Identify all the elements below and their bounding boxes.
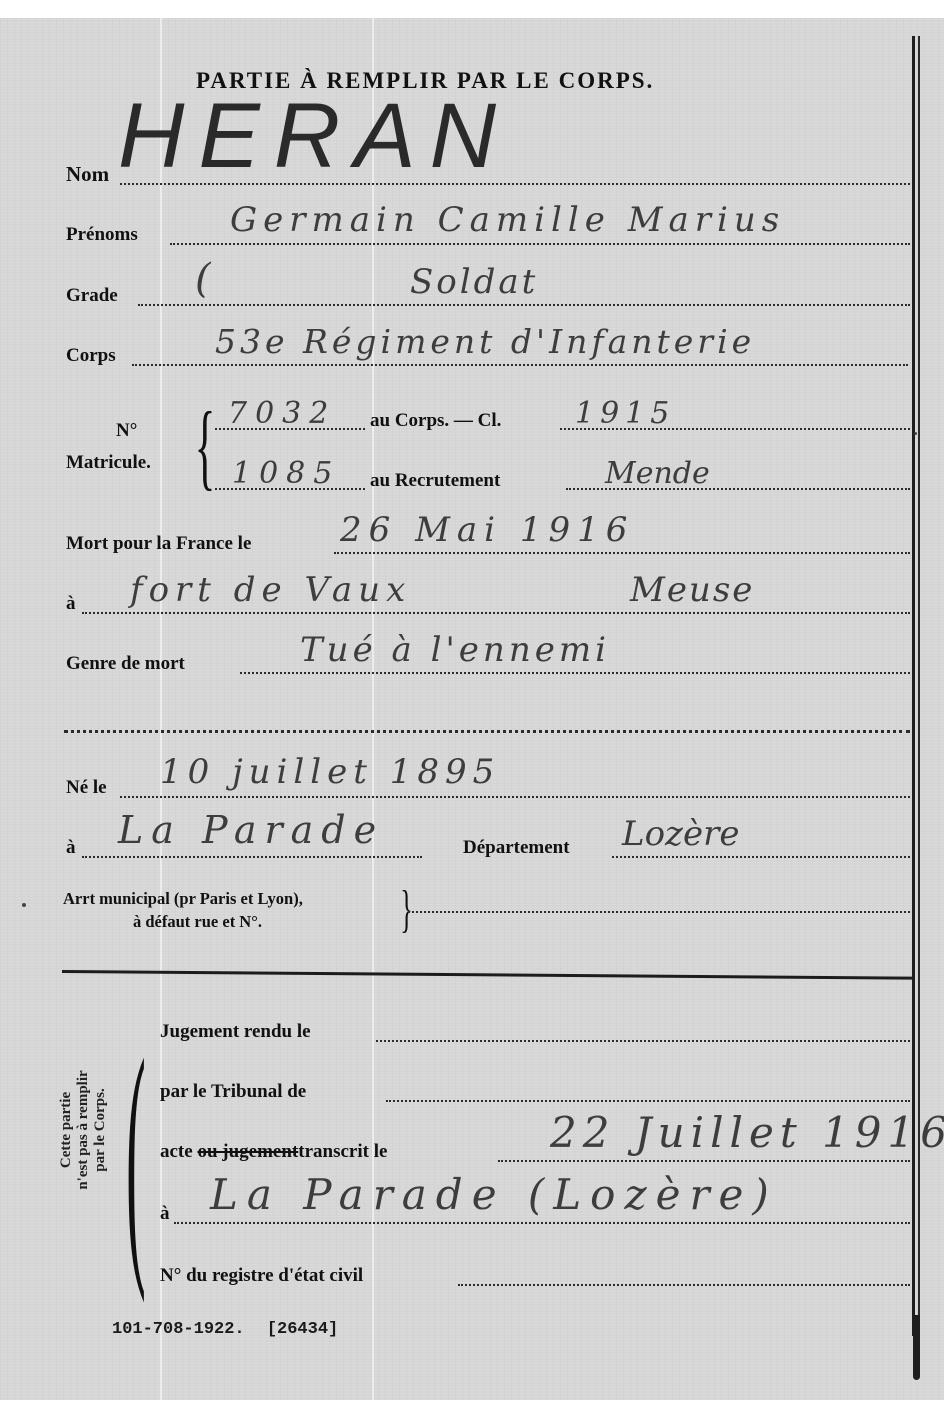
- lieu-value[interactable]: La Parade (Lozère): [210, 1170, 778, 1219]
- mort-lieu-line: [82, 612, 910, 614]
- paper-fold-line: [160, 18, 162, 1400]
- nom-value[interactable]: HERAN: [118, 88, 510, 184]
- grade-label: Grade: [66, 285, 118, 307]
- arrondissement-line: [408, 911, 910, 913]
- ne-le-line: [120, 796, 910, 798]
- genre-mort-value[interactable]: Tué à l'ennemi: [300, 630, 610, 670]
- print-code-number: 101-708-1922.: [112, 1320, 245, 1339]
- prenoms-line: [170, 243, 910, 245]
- transcrit-label-struck: ou jugement: [197, 1141, 298, 1162]
- recrutement-value[interactable]: Mende: [605, 456, 710, 491]
- matricule-label-no: N°: [116, 420, 137, 442]
- matricule-label: Matricule.: [66, 452, 151, 474]
- civil-brace: (: [126, 1020, 146, 1290]
- matricule-brace: {: [195, 398, 216, 494]
- ne-a-value[interactable]: La Parade: [118, 808, 384, 852]
- prenoms-label: Prénoms: [66, 224, 138, 246]
- civil-side-note-line: n'est pas à remplir: [75, 1030, 92, 1230]
- grade-value[interactable]: Soldat: [410, 262, 538, 302]
- matricule-corps-number[interactable]: 7032: [228, 396, 336, 431]
- mort-date-label: Mort pour la France le: [66, 533, 251, 555]
- corps-value[interactable]: 53e Régiment d'Infanterie: [215, 322, 755, 361]
- arrondissement-label-2: à défaut rue et N°.: [133, 912, 262, 932]
- civil-side-note-line: par le Corps.: [92, 1030, 109, 1230]
- transcrit-label: acte ou jugementtranscrit le: [160, 1141, 387, 1163]
- grade-bracket: (: [195, 256, 211, 302]
- nom-label: Nom: [66, 162, 109, 187]
- registre-line: [458, 1284, 910, 1286]
- arrondissement-label: Arrt municipal (pr Paris et Lyon),: [63, 889, 303, 909]
- paper-speck: [22, 903, 26, 907]
- prenoms-value[interactable]: Germain Camille Marius: [230, 200, 785, 240]
- civil-side-note-line: Cette partie: [58, 1030, 75, 1230]
- blank-line: [64, 730, 910, 733]
- matricule-recrutement-number[interactable]: 1085: [232, 456, 340, 491]
- jugement-rendu-label: Jugement rendu le: [160, 1021, 311, 1043]
- mort-date-line: [334, 552, 910, 554]
- jugement-rendu-line: [376, 1040, 910, 1042]
- registre-label: N° du registre d'état civil: [160, 1265, 363, 1287]
- print-code: 101-708-1922. [26434]: [112, 1320, 338, 1339]
- transcrit-line: [498, 1160, 910, 1162]
- tribunal-label: par le Tribunal de: [160, 1081, 306, 1103]
- corps-line: [132, 364, 908, 366]
- print-reference: [26434]: [267, 1320, 338, 1339]
- mort-lieu-value[interactable]: fort de Vaux: [130, 570, 411, 610]
- margin-rule-end: [913, 1315, 920, 1380]
- mort-date-value[interactable]: 26 Mai 1916: [340, 510, 634, 550]
- corps-label: Corps: [66, 345, 116, 367]
- mort-lieu-dept-value[interactable]: Meuse: [630, 570, 754, 610]
- ne-le-value[interactable]: 10 juillet 1895: [160, 752, 500, 792]
- grade-line: [138, 304, 910, 306]
- arrondissement-brace: }: [400, 884, 412, 936]
- lieu-line: [174, 1222, 910, 1224]
- transcrit-label-prefix: acte: [160, 1141, 193, 1162]
- matricule-corps-suffix: au Corps. — Cl.: [370, 410, 501, 432]
- departement-line: [612, 856, 910, 858]
- transcrit-label-suffix: transcrit le: [298, 1141, 387, 1162]
- classe-value[interactable]: 1915: [575, 396, 675, 431]
- ne-a-line: [82, 856, 422, 858]
- ne-a-label: à: [66, 837, 76, 859]
- mort-lieu-label: à: [66, 593, 76, 615]
- lieu-label: à: [160, 1203, 170, 1225]
- tribunal-line: [386, 1100, 910, 1102]
- genre-mort-label: Genre de mort: [66, 653, 185, 675]
- ne-le-label: Né le: [66, 777, 107, 799]
- civil-side-note: Cette partie n'est pas à remplir par le …: [58, 1030, 109, 1230]
- margin-rule: [918, 36, 920, 1376]
- matricule-recrutement-suffix: au Recrutement: [370, 470, 500, 492]
- genre-mort-line: [240, 672, 910, 674]
- transcrit-value[interactable]: 22 Juillet 1916: [550, 1108, 944, 1157]
- departement-value[interactable]: Lozère: [622, 814, 739, 854]
- departement-label: Département: [463, 837, 570, 859]
- paper-speck: [914, 432, 917, 435]
